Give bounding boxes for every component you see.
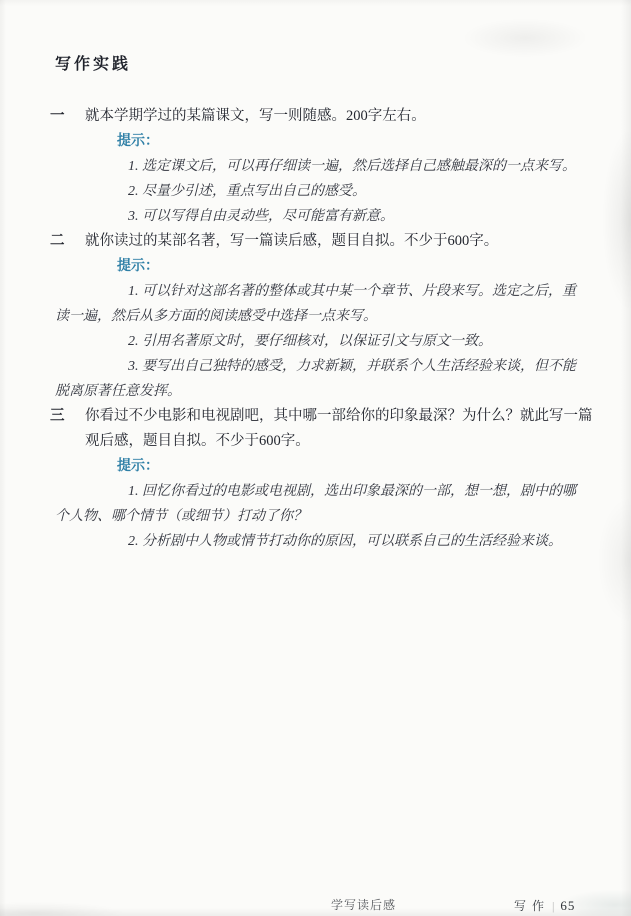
prompt-line: 观后感，题目自拟。不少于600字。 bbox=[85, 429, 591, 454]
footer-page-number: 65 bbox=[560, 898, 575, 913]
hint-line: 3. 要写出自己独特的感受，力求新颖，并联系个人生活经验来谈，但不能 bbox=[128, 354, 591, 379]
exercise-prompt: 一 就本学期学过的某篇课文，写一则随感。200字左右。 bbox=[55, 104, 591, 129]
hint-line: 个人物、哪个情节（或细节）打动了你？ bbox=[55, 504, 591, 529]
footer-divider: | bbox=[552, 899, 554, 914]
exercise-prompt: 三 你看过不少电影和电视剧吧，其中哪一部给你的印象最深？为什么？就此写一篇 观后… bbox=[55, 404, 591, 454]
exercise-3: 三 你看过不少电影和电视剧吧，其中哪一部给你的印象最深？为什么？就此写一篇 观后… bbox=[55, 404, 591, 554]
hint-item: 3. 可以写得自由灵动些，尽可能富有新意。 bbox=[55, 204, 591, 229]
hint-line: 2. 分析剧中人物或情节打动你的原因，可以联系自己的生活经验来谈。 bbox=[128, 529, 591, 554]
exercise-prompt: 二 就你读过的某部名著，写一篇读后感，题目自拟。不少于600字。 bbox=[55, 229, 591, 254]
hint-item: 1. 可以针对这部名著的整体或其中某一个章节、片段来写。选定之后，重 读一遍，然… bbox=[55, 279, 591, 329]
hint-item: 2. 引用名著原文时，要仔细核对，以保证引文与原文一致。 bbox=[55, 329, 591, 354]
hint-line: 2. 尽量少引述，重点写出自己的感受。 bbox=[128, 179, 591, 204]
hint-item: 1. 回忆你看过的电影或电视剧，选出印象最深的一部，想一想，剧中的哪 个人物、哪… bbox=[55, 479, 591, 529]
hint-line: 1. 回忆你看过的电影或电视剧，选出印象最深的一部，想一想，剧中的哪 bbox=[128, 479, 591, 504]
exercise-number: 二 bbox=[50, 229, 65, 254]
prompt-line: 就你读过的某部名著，写一篇读后感，题目自拟。不少于600字。 bbox=[85, 229, 591, 254]
exercise-2: 二 就你读过的某部名著，写一篇读后感，题目自拟。不少于600字。 提示： 1. … bbox=[55, 229, 591, 404]
prompt-line: 就本学期学过的某篇课文，写一则随感。200字左右。 bbox=[85, 104, 591, 129]
hint-line: 1. 选定课文后，可以再仔细读一遍，然后选择自己感触最深的一点来写。 bbox=[128, 154, 591, 179]
exercise-number: 三 bbox=[50, 404, 65, 429]
page-footer: 学写读后感 写作 | 65 bbox=[0, 898, 631, 915]
hint-line: 读一遍，然后从多方面的阅读感受中选择一点来写。 bbox=[55, 304, 591, 329]
hint-line: 2. 引用名著原文时，要仔细核对，以保证引文与原文一致。 bbox=[128, 329, 591, 354]
page-heading: 写作实践 bbox=[55, 54, 591, 76]
exercise-number: 一 bbox=[50, 104, 65, 129]
footer-right-group: 写作 | 65 bbox=[514, 898, 575, 914]
footer-chapter-title: 学写读后感 bbox=[331, 898, 396, 913]
textbook-page: 写作实践 一 就本学期学过的某篇课文，写一则随感。200字左右。 提示： 1. … bbox=[0, 0, 631, 916]
hint-label: 提示： bbox=[117, 454, 591, 479]
hint-item: 2. 分析剧中人物或情节打动你的原因，可以联系自己的生活经验来谈。 bbox=[55, 529, 591, 554]
hint-line: 脱离原著任意发挥。 bbox=[55, 379, 591, 404]
hint-label: 提示： bbox=[117, 129, 591, 154]
hint-item: 2. 尽量少引述，重点写出自己的感受。 bbox=[55, 179, 591, 204]
hint-item: 1. 选定课文后，可以再仔细读一遍，然后选择自己感触最深的一点来写。 bbox=[55, 154, 591, 179]
exercise-1: 一 就本学期学过的某篇课文，写一则随感。200字左右。 提示： 1. 选定课文后… bbox=[55, 104, 591, 229]
prompt-line: 你看过不少电影和电视剧吧，其中哪一部给你的印象最深？为什么？就此写一篇 bbox=[85, 404, 591, 429]
footer-section-label: 写作 bbox=[514, 899, 550, 914]
hint-line: 1. 可以针对这部名著的整体或其中某一个章节、片段来写。选定之后，重 bbox=[128, 279, 591, 304]
hint-label: 提示： bbox=[117, 254, 591, 279]
hint-line: 3. 可以写得自由灵动些，尽可能富有新意。 bbox=[128, 204, 591, 229]
hint-item: 3. 要写出自己独特的感受，力求新颖，并联系个人生活经验来谈，但不能 脱离原著任… bbox=[55, 354, 591, 404]
